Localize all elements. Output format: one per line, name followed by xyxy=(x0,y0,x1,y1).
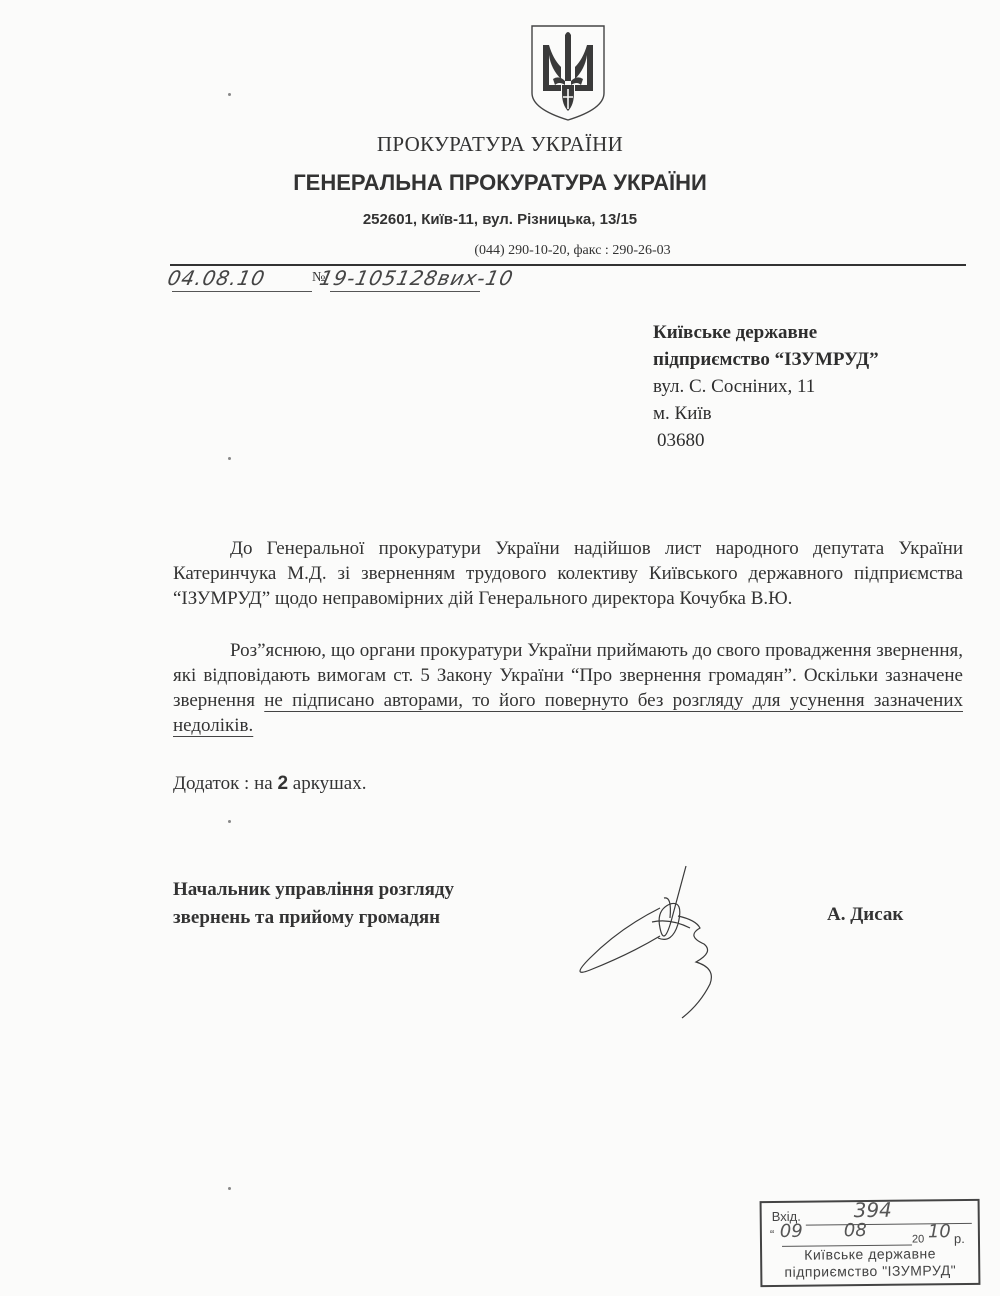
recipient-line2: підприємство “ІЗУМРУД” xyxy=(653,346,879,373)
org-name-general: ГЕНЕРАЛЬНА ПРОКУРАТУРА УКРАЇНИ xyxy=(0,170,1000,196)
org-address: 252601, Київ-11, вул. Різницька, 13/15 xyxy=(0,211,1000,228)
handwritten-signature-icon xyxy=(560,858,780,1028)
signer-position-line1: Начальник управління розгляду xyxy=(173,876,454,904)
recipient-zip: 03680 xyxy=(653,427,879,454)
body-paragraph-1: До Генеральної прокуратури України надій… xyxy=(173,536,963,611)
org-name-primary: ПРОКУРАТУРА УКРАЇНИ xyxy=(0,132,1000,157)
number-underline xyxy=(330,291,480,292)
appendix-note: Додаток : на 2 аркушах. xyxy=(173,773,366,795)
scan-speck xyxy=(228,1187,231,1190)
stamp-day: 09 xyxy=(780,1221,803,1242)
incoming-registration-stamp: Вхід. 394 “ 09 08 20 10 р. Київське держ… xyxy=(760,1199,981,1287)
recipient-street: вул. С. Сосніних, 11 xyxy=(653,373,879,400)
org-phone: (044) 290-10-20, факс : 290-26-03 xyxy=(0,243,1000,259)
trident-coat-of-arms-icon xyxy=(529,23,607,123)
signer-position: Начальник управління розгляду звернень т… xyxy=(173,876,454,932)
scan-speck xyxy=(228,93,231,96)
stamp-quote-open: “ xyxy=(770,1227,775,1242)
body-paragraph-2: Роз”яснюю, що органи прокуратури України… xyxy=(173,638,963,738)
appendix-count: 2 xyxy=(277,773,288,794)
stamp-org-line1: Київське державне xyxy=(762,1245,978,1263)
appendix-unit: аркушах. xyxy=(288,773,366,794)
recipient-block: Київське державне підприємство “ІЗУМРУД”… xyxy=(653,319,879,454)
recipient-line1: Київське державне xyxy=(653,319,879,346)
stamp-month: 08 xyxy=(844,1220,867,1241)
stamp-year-suffix: 10 xyxy=(928,1221,951,1242)
signer-position-line2: звернень та прийому громадян xyxy=(173,904,454,932)
reference-date: 04.08.10 xyxy=(165,266,267,290)
signer-name: А. Дисак xyxy=(827,904,903,926)
scan-speck xyxy=(228,457,231,460)
stamp-incoming-number: 394 xyxy=(854,1198,892,1222)
stamp-year-unit: р. xyxy=(954,1231,965,1246)
reference-number: 19-105128вих-10 xyxy=(317,266,515,290)
paragraph-2-underlined: не підписано авторами, то його повернуто… xyxy=(173,690,963,736)
header-divider xyxy=(170,264,966,266)
appendix-label: Додаток : на xyxy=(173,773,277,794)
recipient-city: м. Київ xyxy=(653,400,879,427)
stamp-org-line2: підприємство "ІЗУМРУД" xyxy=(762,1262,978,1280)
scan-speck xyxy=(228,820,231,823)
stamp-year-prefix: 20 xyxy=(912,1233,924,1245)
date-underline xyxy=(172,291,312,292)
